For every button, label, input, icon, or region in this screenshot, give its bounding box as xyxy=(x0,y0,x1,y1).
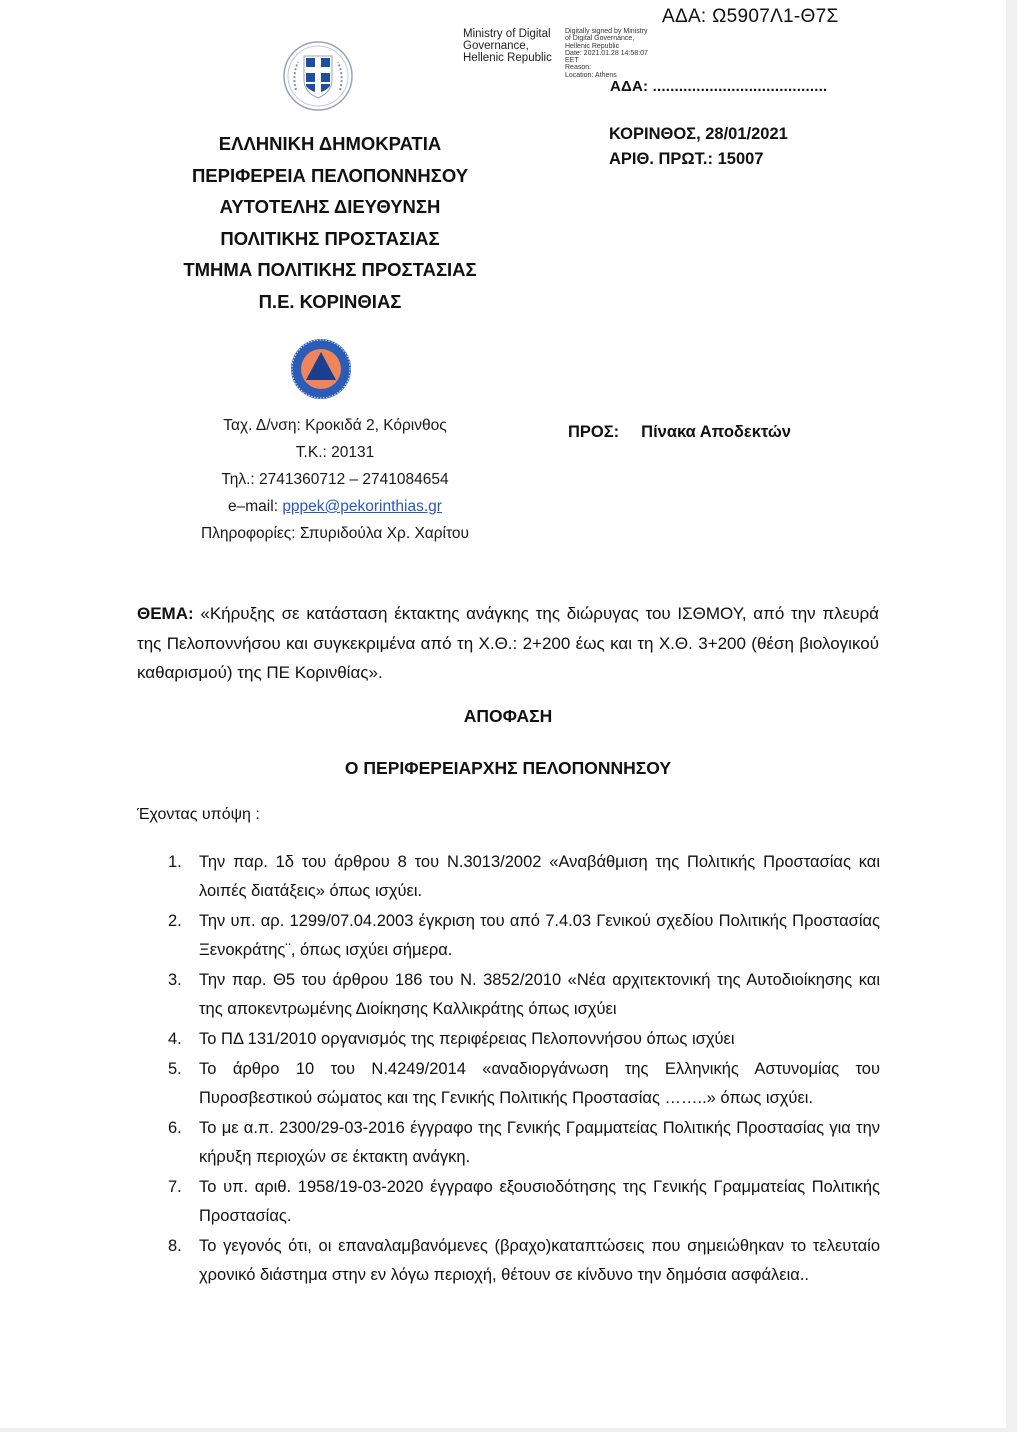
digital-signer: Ministry of Digital Governance, Hellenic… xyxy=(463,28,559,64)
contact-block: Ταχ. Δ/νση: Κροκιδά 2, Κόρινθος Τ.Κ.: 20… xyxy=(165,412,505,547)
item-text: Την παρ. Θ5 του άρθρου 186 του Ν. 3852/2… xyxy=(199,971,880,1018)
item-number: 1. xyxy=(168,848,182,877)
signer-line: Hellenic Republic xyxy=(463,52,559,64)
recipient-value: Πίνακα Αποδεκτών xyxy=(641,423,791,441)
list-item: 5.Το άρθρο 10 του Ν.4249/2014 «αναδιοργά… xyxy=(168,1055,880,1113)
subject-label: ΘΕΜΑ: xyxy=(137,604,194,623)
phone: Τηλ.: 2741360712 – 2741084654 xyxy=(165,466,505,493)
ada-field: ΑΔΑ: ...................................… xyxy=(610,78,827,95)
list-item: 2.Την υπ. αρ. 1299/07.04.2003 έγκριση το… xyxy=(168,907,880,965)
ada-code: ΑΔΑ: Ω5907Λ1-Θ7Σ xyxy=(662,6,839,28)
list-item: 6.Το με α.π. 2300/29-03-2016 έγγραφο της… xyxy=(168,1114,880,1172)
email-line: e–mail: pppek@pekorinthias.gr xyxy=(165,493,505,520)
signature-line: Digitally signed by Ministry xyxy=(565,28,648,35)
date-protocol-block: ΚΟΡΙΝΘΟΣ, 28/01/2021 ΑΡΙΘ. ΠΡΩΤ.: 15007 xyxy=(609,122,788,172)
item-text: Το υπ. αριθ. 1958/19-03-2020 έγγραφο εξο… xyxy=(199,1178,880,1225)
recipient-line: ΠΡΟΣ:Πίνακα Αποδεκτών xyxy=(568,423,791,442)
signer-line: Ministry of Digital xyxy=(463,28,559,40)
org-line: Π.Ε. ΚΟΡΙΝΘΙΑΣ xyxy=(160,286,500,318)
considerations-list: 1.Την παρ. 1δ του άρθρου 8 του Ν.3013/20… xyxy=(168,848,880,1290)
item-text: Το γεγονός ότι, οι επαναλαμβανόμενες (βρ… xyxy=(199,1237,880,1284)
signer-line: Governance, xyxy=(463,40,559,52)
info-contact: Πληροφορίες: Σπυριδούλα Χρ. Χαρίτου xyxy=(165,520,505,547)
item-text: Την παρ. 1δ του άρθρου 8 του Ν.3013/2002… xyxy=(199,853,880,900)
list-item: 1.Την παρ. 1δ του άρθρου 8 του Ν.3013/20… xyxy=(168,848,880,906)
item-number: 8. xyxy=(168,1232,182,1261)
civil-protection-logo-icon xyxy=(290,338,352,400)
issuer-title: Ο ΠΕΡΙΦΕΡΕΙΑΡΧΗΣ ΠΕΛΟΠΟΝΝΗΣΟΥ xyxy=(137,758,879,779)
place-date: ΚΟΡΙΝΘΟΣ, 28/01/2021 xyxy=(609,122,788,147)
item-number: 4. xyxy=(168,1025,182,1054)
organization-header: ΕΛΛΗΝΙΚΗ ΔΗΜΟΚΡΑΤΙΑ ΠΕΡΙΦΕΡΕΙΑ ΠΕΛΟΠΟΝΝΗ… xyxy=(160,128,500,317)
signature-line: Hellenic Republic xyxy=(565,43,648,50)
item-text: Το με α.π. 2300/29-03-2016 έγγραφο της Γ… xyxy=(199,1119,880,1166)
item-number: 6. xyxy=(168,1114,182,1143)
list-item: 7.Το υπ. αριθ. 1958/19-03-2020 έγγραφο ε… xyxy=(168,1173,880,1231)
decision-title: ΑΠΟΦΑΣΗ xyxy=(137,706,879,727)
signature-line: EET xyxy=(565,57,648,64)
signature-line: of Digital Governance, xyxy=(565,35,648,42)
list-item: 3.Την παρ. Θ5 του άρθρου 186 του Ν. 3852… xyxy=(168,966,880,1024)
address: Ταχ. Δ/νση: Κροκιδά 2, Κόρινθος xyxy=(165,412,505,439)
item-text: Το άρθρο 10 του Ν.4249/2014 «αναδιοργάνω… xyxy=(199,1060,880,1107)
document-page: ΑΔΑ: Ω5907Λ1-Θ7Σ Ministry of Digital Gov… xyxy=(0,0,1006,1428)
subject-text: «Κήρυξης σε κατάσταση έκτακτης ανάγκης τ… xyxy=(137,604,879,682)
org-line: ΑΥΤΟΤΕΛΗΣ ΔΙΕΥΘΥΝΣΗ xyxy=(160,191,500,223)
subject-paragraph: ΘΕΜΑ: «Κήρυξης σε κατάσταση έκτακτης ανά… xyxy=(137,599,879,688)
signature-line: Date: 2021.01.28 14:58:07 xyxy=(565,50,648,57)
org-line: ΤΜΗΜΑ ΠΟΛΙΤΙΚΗΣ ΠΡΟΣΤΑΣΙΑΣ xyxy=(160,254,500,286)
org-line: ΕΛΛΗΝΙΚΗ ΔΗΜΟΚΡΑΤΙΑ xyxy=(160,128,500,160)
item-number: 3. xyxy=(168,966,182,995)
item-text: Την υπ. αρ. 1299/07.04.2003 έγκριση του … xyxy=(199,912,880,959)
signature-details: Digitally signed by Ministry of Digital … xyxy=(565,28,648,79)
email-link[interactable]: pppek@pekorinthias.gr xyxy=(282,498,442,515)
item-number: 7. xyxy=(168,1173,182,1202)
item-number: 5. xyxy=(168,1055,182,1084)
postal-code: Τ.Κ.: 20131 xyxy=(165,439,505,466)
signature-line: Reason: xyxy=(565,64,648,71)
item-text: Το ΠΔ 131/2010 οργανισμός της περιφέρεια… xyxy=(199,1030,735,1048)
org-line: ΠΕΡΙΦΕΡΕΙΑ ΠΕΛΟΠΟΝΝΗΣΟΥ xyxy=(160,160,500,192)
org-line: ΠΟΛΙΤΙΚΗΣ ΠΡΟΣΤΑΣΙΑΣ xyxy=(160,223,500,255)
list-item: 8.Το γεγονός ότι, οι επαναλαμβανόμενες (… xyxy=(168,1232,880,1290)
protocol-number: ΑΡΙΘ. ΠΡΩΤ.: 15007 xyxy=(609,147,788,172)
item-number: 2. xyxy=(168,907,182,936)
recipient-label: ΠΡΟΣ: xyxy=(568,423,619,441)
list-item: 4.Το ΠΔ 131/2010 οργανισμός της περιφέρε… xyxy=(168,1025,880,1054)
email-label: e–mail: xyxy=(228,498,282,515)
considering-heading: Έχοντας υπόψη : xyxy=(137,806,260,824)
greek-coat-of-arms-icon xyxy=(282,40,354,112)
